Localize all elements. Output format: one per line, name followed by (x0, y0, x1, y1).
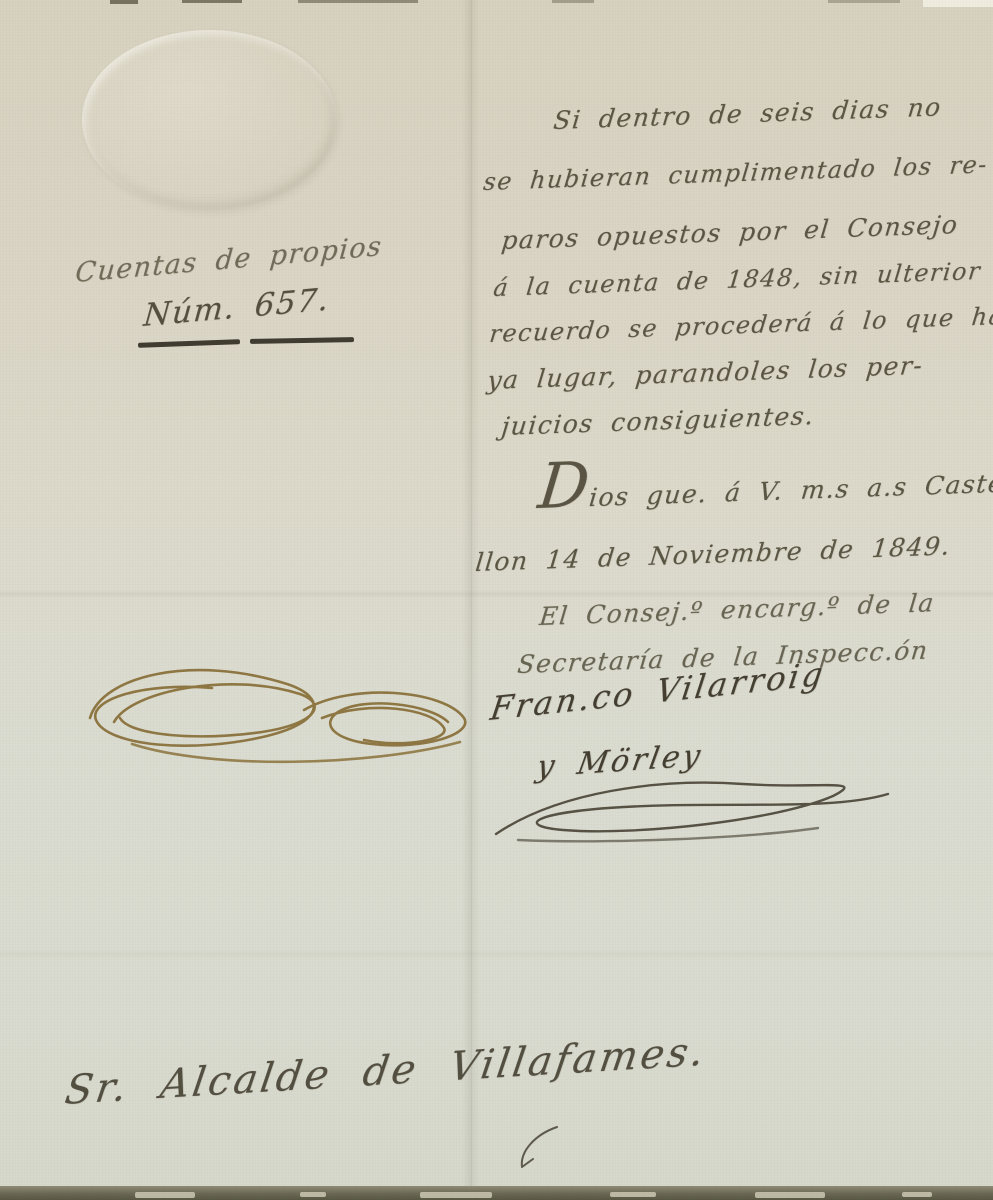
body-line: Si dentro de seis dias no (552, 92, 943, 135)
scan-edge-artifact (298, 0, 418, 3)
stray-ink-stroke (512, 1122, 562, 1172)
closing-line-valediction: Dios gue. á V. m.s a.s Caste- (536, 451, 993, 514)
paraph-flourish-drawing (72, 648, 474, 776)
docket-underline (250, 337, 354, 344)
scan-edge-artifact (552, 0, 594, 3)
body-line: se hubieran cumplimentado los re- (482, 150, 989, 196)
horizontal-fold-crease (0, 950, 993, 958)
docket-annotation-line2: Núm. 657. (142, 281, 331, 334)
body-line: recuerdo se procederá á lo que ha- (488, 302, 993, 348)
vertical-fold-crease (462, 0, 480, 1200)
scan-edge-artifact (828, 0, 900, 3)
torn-paper-edge (923, 0, 993, 7)
body-line: á la cuenta de 1848, sin ulterior (492, 257, 983, 302)
scan-bottom-artifact (135, 1192, 195, 1198)
manuscript-letter-page: Cuentas de propios Núm. 657. Si dentro d… (0, 0, 993, 1200)
docket-underline (138, 339, 240, 348)
body-line: ya lugar, parandoles los per- (486, 351, 925, 395)
scan-bottom-artifact (755, 1192, 825, 1198)
closing-line-dateline: llon 14 de Noviembre de 1849. (474, 531, 952, 577)
scan-bottom-artifact (610, 1192, 656, 1197)
scan-edge-artifact (182, 0, 242, 3)
signature-rubric-flourish (488, 770, 898, 845)
embossed-seal (82, 30, 337, 210)
scan-edge-artifact (110, 0, 138, 4)
scan-bottom-artifact (902, 1192, 932, 1197)
docket-annotation-line1: Cuentas de propios (74, 231, 384, 289)
body-line: juicios consiguientes. (500, 401, 816, 441)
scan-bottom-artifact (420, 1192, 492, 1198)
address-line: Sr. Alcalde de Villafames. (62, 1028, 710, 1114)
body-line: paros opuestos por el Consejo (500, 210, 960, 255)
scan-bottom-artifact (300, 1192, 326, 1197)
